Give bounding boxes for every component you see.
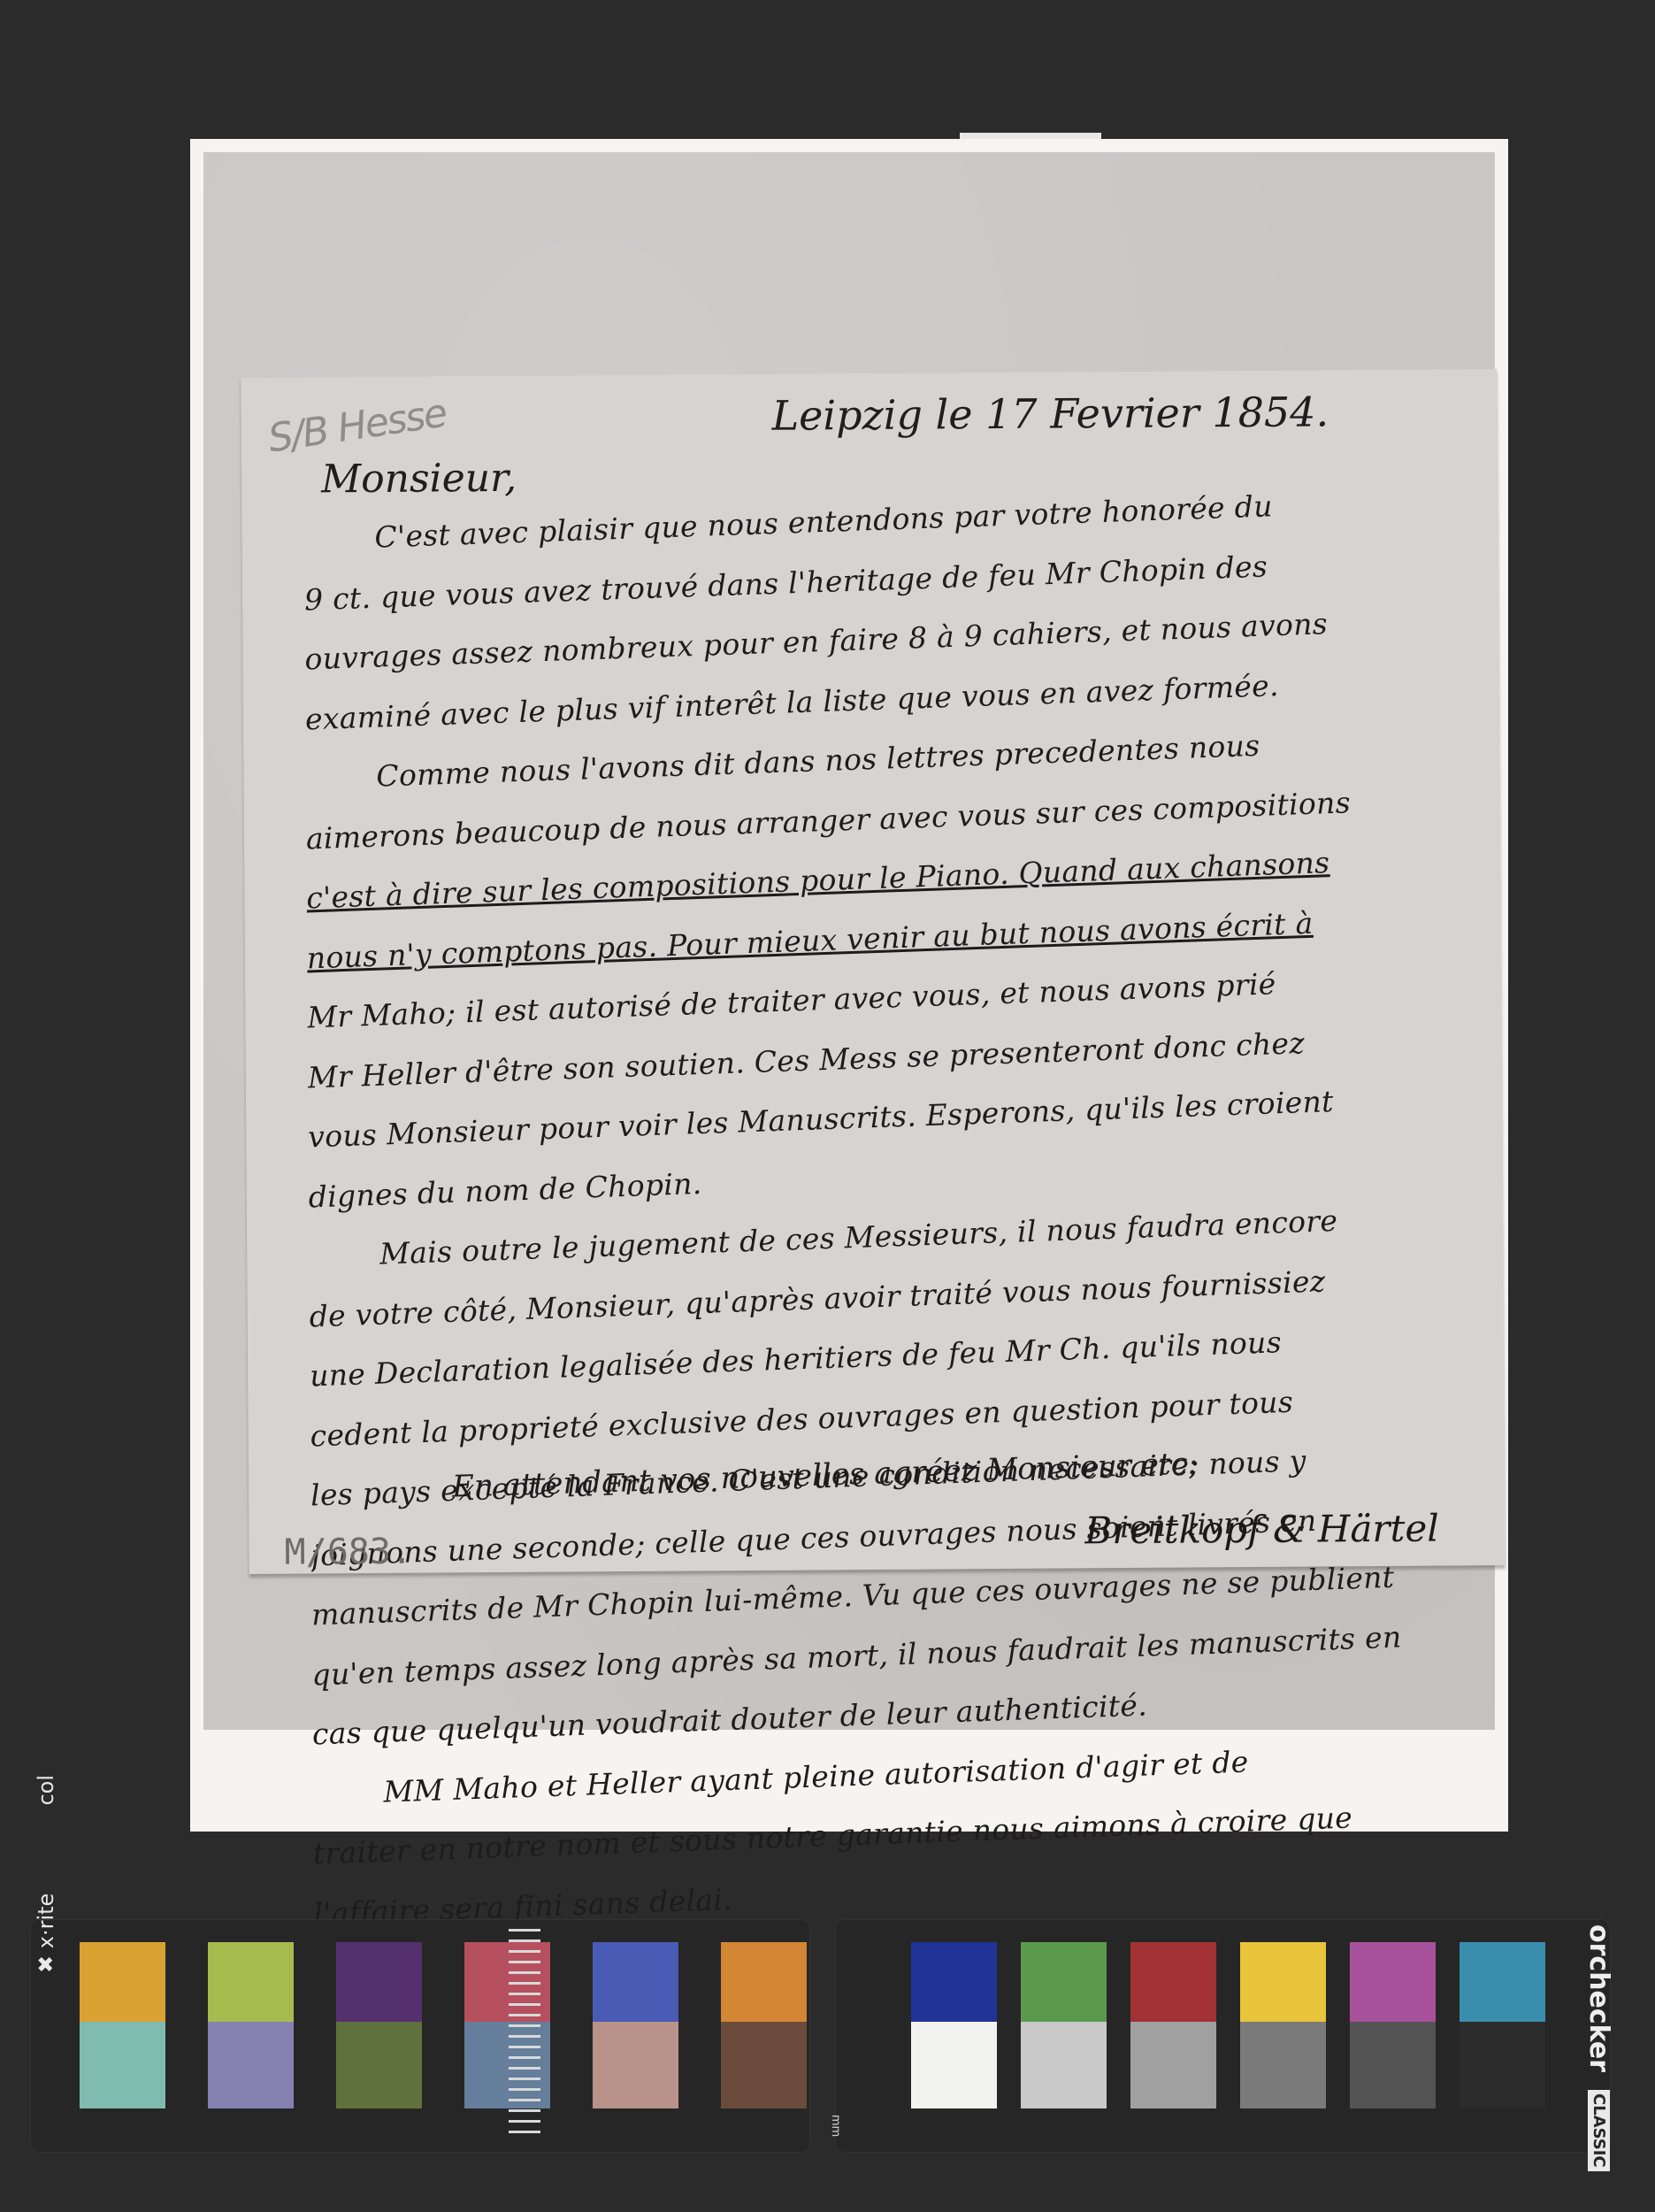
color-patch (911, 2022, 997, 2108)
xrite-logo: ✖ x·rite col (34, 1775, 58, 1973)
color-patch (208, 1942, 294, 2029)
xrite-logo-icon: ✖ (34, 1955, 58, 1973)
color-patch (593, 1942, 678, 2029)
photograph: S/B Hesse Leipzig le 17 Fevrier 1854. Mo… (203, 152, 1495, 1730)
color-patch (336, 2022, 422, 2108)
color-patch (80, 2022, 165, 2108)
color-patch (1240, 2022, 1326, 2108)
archive-pencil-note: S/B Hesse (265, 391, 448, 462)
color-checker-left-card (31, 1920, 809, 2152)
shelfmark: M/683. (284, 1532, 412, 1573)
color-patch (336, 1942, 422, 2029)
color-patch (1350, 2022, 1436, 2108)
letter-body: C'est avec plaisir que nous entendons pa… (303, 502, 1490, 1943)
color-patch (721, 2022, 807, 2108)
color-patch (1130, 2022, 1216, 2108)
color-patch (1021, 2022, 1107, 2108)
letter-sheet: S/B Hesse Leipzig le 17 Fevrier 1854. Mo… (241, 369, 1505, 1574)
letter-signature: Breitkopf & Härtel (1084, 1507, 1439, 1553)
color-patch (1350, 1942, 1436, 2029)
color-patch (1240, 1942, 1326, 2029)
color-patch (1021, 1942, 1107, 2029)
color-patch (1130, 1942, 1216, 2029)
color-checker-right-card (836, 1920, 1610, 2152)
letter-dateline: Leipzig le 17 Fevrier 1854. (771, 388, 1329, 439)
letter-salutation: Monsieur, (321, 456, 517, 503)
color-patch (1460, 1942, 1545, 2029)
ruler-unit-label: mm (829, 2115, 842, 2137)
color-patch (80, 1942, 165, 2029)
color-patch (911, 1942, 997, 2029)
color-patch (721, 1942, 807, 2029)
color-patch (593, 2022, 678, 2108)
mm-ruler (509, 1929, 540, 2137)
color-patch (208, 2022, 294, 2108)
photographic-print: S/B Hesse Leipzig le 17 Fevrier 1854. Mo… (190, 139, 1508, 1832)
color-patch (1460, 2022, 1545, 2108)
colorchecker-brand: orchecker CLASSIC (1583, 1924, 1614, 2171)
classic-badge: CLASSIC (1588, 2090, 1610, 2171)
